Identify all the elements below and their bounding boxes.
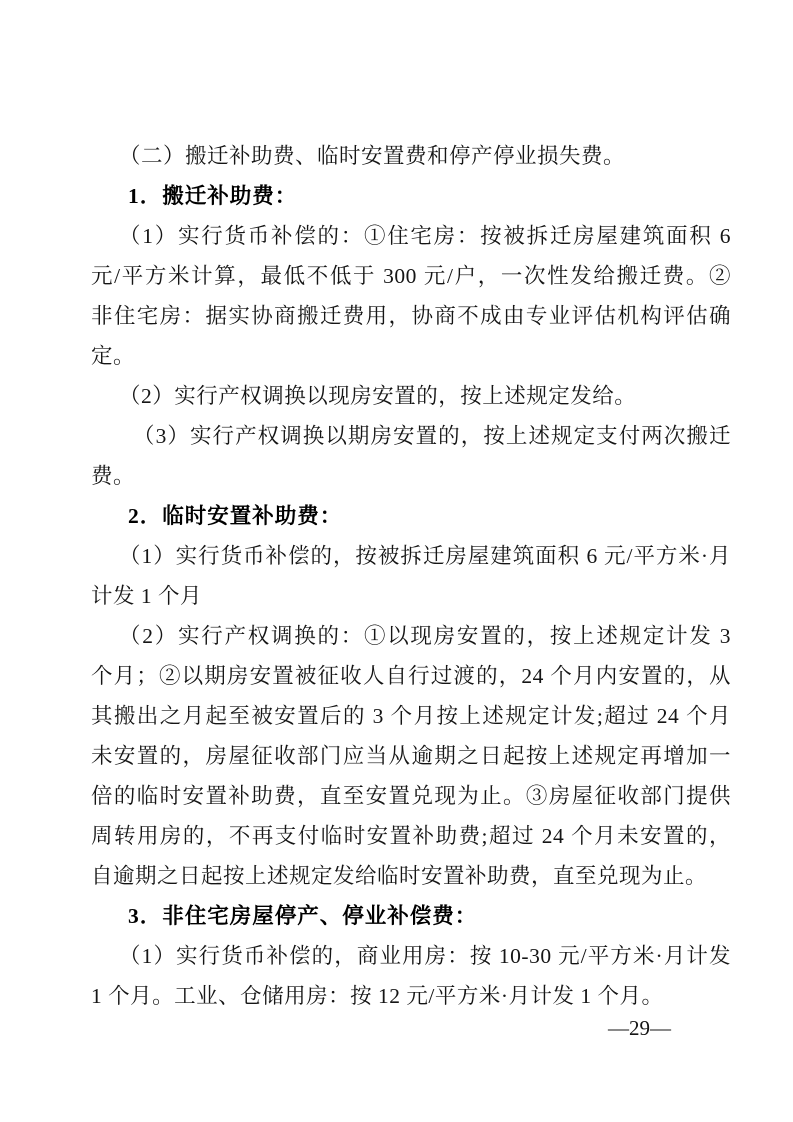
doc-line: 自逾期之日起按上述规定发给临时安置补助费，直至兑现为止。 bbox=[91, 856, 731, 896]
doc-line: （2）实行产权调换的：①以现房安置的，按上述规定计发 3 bbox=[91, 616, 731, 656]
page-number: —29— bbox=[608, 1008, 671, 1048]
doc-line: （3）实行产权调换以期房安置的，按上述规定支付两次搬迁 bbox=[91, 416, 731, 456]
section-intro-line: （二）搬迁补助费、临时安置费和停产停业损失费。 bbox=[91, 136, 731, 176]
doc-line: 其搬出之月起至被安置后的 3 个月按上述规定计发;超过 24 个月 bbox=[91, 696, 731, 736]
heading-relocation-subsidy: 1．搬迁补助费： bbox=[91, 176, 731, 216]
text-block: （二）搬迁补助费、临时安置费和停产停业损失费。 1．搬迁补助费： （1）实行货币… bbox=[91, 136, 731, 1016]
doc-line: 元/平方米计算，最低不低于 300 元/户，一次性发给搬迁费。② bbox=[91, 256, 731, 296]
doc-line: 非住宅房：据实协商搬迁费用，协商不成由专业评估机构评估确 bbox=[91, 296, 731, 336]
heading-temporary-settlement-subsidy: 2．临时安置补助费： bbox=[91, 496, 731, 536]
heading-business-suspension-compensation: 3．非住宅房屋停产、停业补偿费： bbox=[91, 896, 731, 936]
doc-line: （1）实行货币补偿的：①住宅房：按被拆迁房屋建筑面积 6 bbox=[91, 216, 731, 256]
doc-line: 周转用房的，不再支付临时安置补助费;超过 24 个月未安置的， bbox=[91, 816, 731, 856]
doc-line: 个月；②以期房安置被征收人自行过渡的，24 个月内安置的，从 bbox=[91, 656, 731, 696]
doc-line: 未安置的，房屋征收部门应当从逾期之日起按上述规定再增加一 bbox=[91, 736, 731, 776]
document-page: （二）搬迁补助费、临时安置费和停产停业损失费。 1．搬迁补助费： （1）实行货币… bbox=[0, 0, 793, 1122]
doc-line: （2）实行产权调换以现房安置的，按上述规定发给。 bbox=[91, 376, 731, 416]
doc-line: 费。 bbox=[91, 456, 731, 496]
doc-line: 计发 1 个月 bbox=[91, 576, 731, 616]
doc-line: 倍的临时安置补助费，直至安置兑现为止。③房屋征收部门提供 bbox=[91, 776, 731, 816]
doc-line: 定。 bbox=[91, 336, 731, 376]
doc-line: （1）实行货币补偿的，商业用房：按 10-30 元/平方米·月计发 bbox=[91, 936, 731, 976]
doc-line: （1）实行货币补偿的，按被拆迁房屋建筑面积 6 元/平方米·月 bbox=[91, 536, 731, 576]
